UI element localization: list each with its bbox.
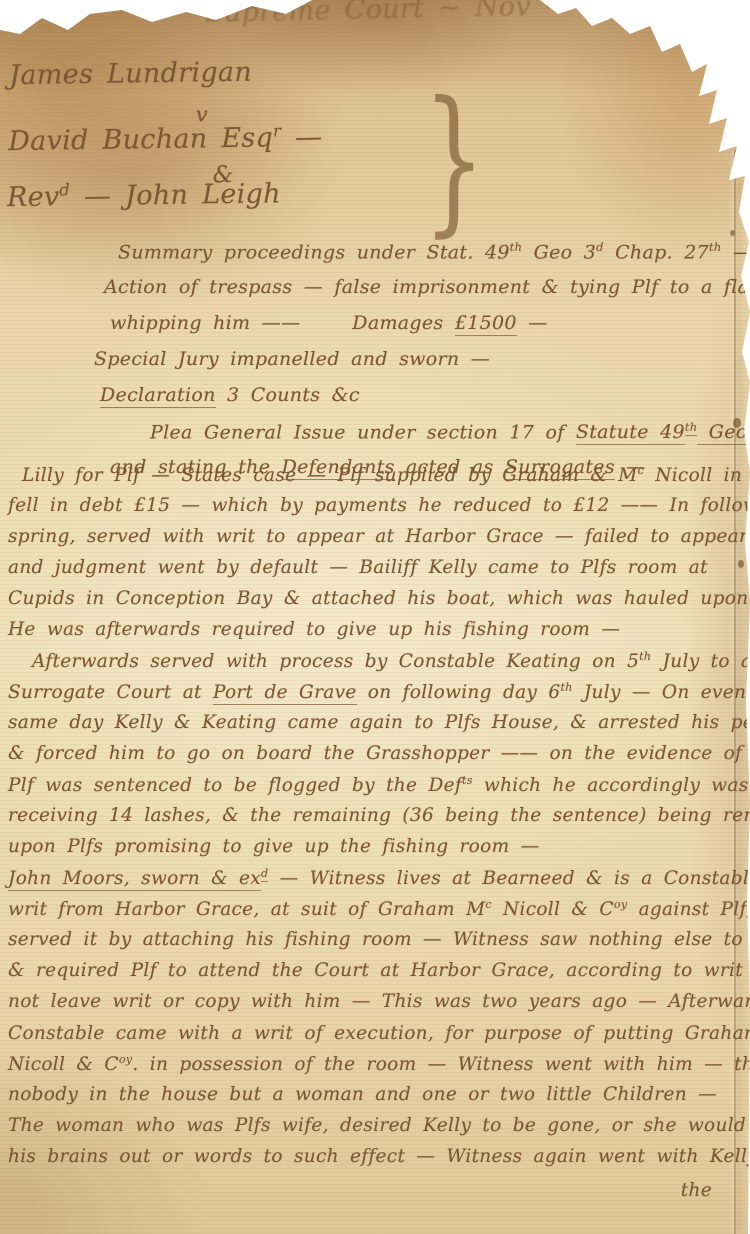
manuscript-line: Plf was sentenced to be flogged by the D… (8, 774, 750, 805)
manuscript-line: Constable came with a writ of execution,… (8, 1022, 750, 1053)
manuscript-line: and judgment went by default — Bailiff K… (8, 557, 750, 588)
aged-paper-sheet: Supreme Court ~ Nov ~ James LundriganvDa… (0, 0, 750, 1234)
manuscript-line: Declaration 3 Counts &c (100, 384, 750, 420)
manuscript-line: Revd — John Leigh (7, 177, 281, 213)
manuscript-line: Summary proceedings under Stat. 49th Geo… (118, 240, 750, 276)
manuscript-line: Lilly for Plf — States case — Plf suppli… (22, 464, 750, 495)
manuscript-line: his brains out or words to such effect —… (8, 1146, 750, 1177)
case-caption: James LundriganvDavid Buchan Esqr —&Revd… (0, 0, 750, 255)
manuscript-line: Nicoll & Coy. in possession of the room … (8, 1053, 750, 1084)
manuscript-line: spring, served with writ to appear at Ha… (8, 526, 750, 557)
case-narrative: Lilly for Plf — States case — Plf suppli… (0, 464, 750, 1177)
manuscript-line: & required Plf to attend the Court at Ha… (8, 960, 750, 991)
manuscript-line: The woman who was Plfs wife, desired Kel… (8, 1115, 750, 1146)
manuscript-line: Surrogate Court at Port de Grave on foll… (8, 681, 750, 712)
catchword: the (681, 1180, 712, 1201)
manuscript-line: David Buchan Esqr — (8, 121, 323, 157)
manuscript-line: & forced him to go on board the Grasshop… (8, 743, 750, 774)
manuscript-line: Special Jury impanelled and sworn — (94, 348, 750, 384)
manuscript-line: not leave writ or copy with him — This w… (8, 991, 750, 1022)
manuscript-line: nobody in the house but a woman and one … (8, 1084, 750, 1115)
manuscript-line: receiving 14 lashes, & the remaining (36… (8, 805, 750, 836)
manuscript-line: Action of trespass — false imprisonment … (104, 276, 750, 312)
manuscript-line: He was afterwards required to give up hi… (8, 619, 750, 650)
manuscript-line: James Lundrigan (9, 57, 252, 91)
manuscript-line: whipping him ——Damages £1500 — (110, 312, 750, 348)
manuscript-line: Cupids in Conception Bay & attached his … (8, 588, 750, 619)
caption-brace: } (423, 68, 486, 252)
manuscript-line: same day Kelly & Keating came again to P… (8, 712, 750, 743)
manuscript-line: writ from Harbor Grace, at suit of Graha… (8, 898, 750, 929)
manuscript-line: Plea General Issue under section 17 of S… (150, 420, 750, 456)
manuscript-line: served it by attaching his fishing room … (8, 929, 750, 960)
manuscript-line: upon Plfs promising to give up the fishi… (8, 836, 750, 867)
proceedings-summary: Summary proceedings under Stat. 49th Geo… (0, 240, 750, 492)
manuscript-line: Afterwards served with process by Consta… (32, 650, 750, 681)
manuscript-line: John Moors, sworn & exd — Witness lives … (8, 867, 750, 898)
manuscript-scan: Supreme Court ~ Nov ~ James LundriganvDa… (0, 0, 750, 1234)
manuscript-line: fell in debt £15 — which by payments he … (8, 495, 750, 526)
